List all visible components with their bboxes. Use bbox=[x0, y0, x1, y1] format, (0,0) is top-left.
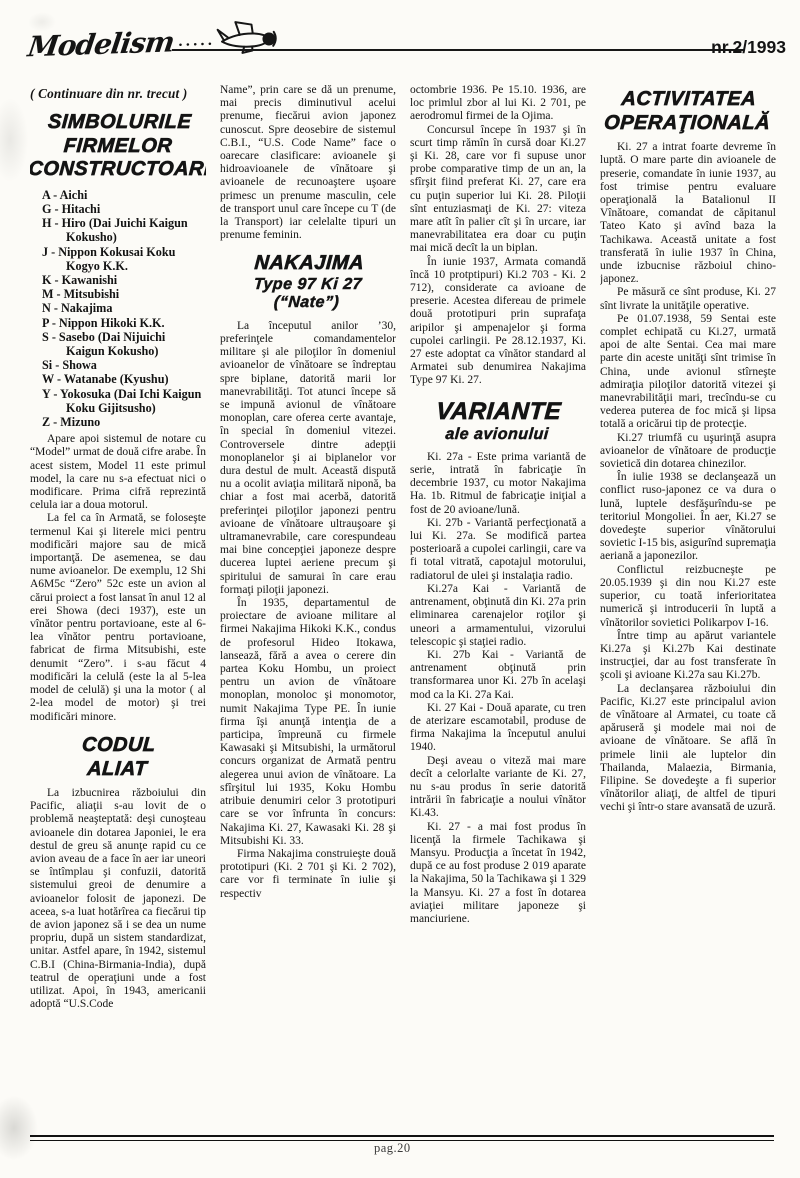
paragraph: Ki. 27a - Este prima variantă de serie, … bbox=[410, 451, 586, 517]
continuation-note: ( Continuare din nr. trecut ) bbox=[30, 86, 206, 101]
paragraph: Ki. 27b Kai - Variantă de antrenament ob… bbox=[410, 649, 586, 702]
section-heading: SIMBOLURILEFIRMELORCONSTRUCTOARE bbox=[30, 111, 206, 182]
list-item: A - Aichi bbox=[42, 188, 206, 202]
heading-line: ACTIVITATEA bbox=[600, 88, 776, 112]
paragraph: Pe 01.07.1938, 59 Sentai este complet ec… bbox=[600, 313, 776, 432]
list-item: G - Hitachi bbox=[42, 202, 206, 216]
paragraph: Ki.27a Kai - Variantă de antrenament, ob… bbox=[410, 583, 586, 649]
article-columns: ( Continuare din nr. trecut )SIMBOLURILE… bbox=[30, 84, 776, 1134]
list-item: J - Nippon Kokusai Koku Kogyo K.K. bbox=[42, 245, 206, 273]
paragraph: Firma Nakajima construieşte două prototi… bbox=[220, 848, 396, 901]
paragraph: La izbucnirea războiului din Pacific, al… bbox=[30, 787, 206, 1011]
heading-line: OPERAŢIONALĂ bbox=[600, 112, 776, 136]
magazine-logo: Modelism ····· bbox=[27, 20, 279, 65]
list-item: M - Mitsubishi bbox=[42, 287, 206, 301]
paragraph: Pe măsură ce sînt produse, Ki. 27 sînt l… bbox=[600, 286, 776, 312]
paragraph: Ki. 27 a intrat foarte devreme în luptă.… bbox=[600, 141, 776, 286]
plane-doodle-icon bbox=[216, 14, 279, 58]
heading-line: CODUL bbox=[30, 734, 206, 758]
paragraph: Ki.27 triumfă cu uşurinţă asupra avioane… bbox=[600, 432, 776, 472]
paragraph: La fel ca în Armată, se foloseşte termen… bbox=[30, 512, 206, 723]
column-1: ( Continuare din nr. trecut )SIMBOLURILE… bbox=[30, 84, 206, 1134]
paragraph: În iunie 1937, Armata comandă încă 10 pr… bbox=[410, 256, 586, 388]
list-item: Si - Showa bbox=[42, 358, 206, 372]
paragraph: Ki. 27 - a mai fost produs în licenţă la… bbox=[410, 821, 586, 927]
header-rule bbox=[172, 49, 744, 51]
paragraph: Ki. 27 Kai - Două aparate, cu tren de at… bbox=[410, 702, 586, 755]
heading-line: CONSTRUCTOARE bbox=[30, 158, 205, 182]
list-item: Z - Mizuno bbox=[42, 415, 206, 429]
page-number: pag.20 bbox=[374, 1141, 411, 1156]
list-item: N - Nakajima bbox=[42, 301, 206, 315]
paragraph: Deşi aveau o viteză mai mare decît a cel… bbox=[410, 755, 586, 821]
column-3: octombrie 1936. Pe 15.10. 1936, are loc … bbox=[410, 84, 586, 1134]
manufacturer-code-list: A - AichiG - HitachiH - Hiro (Dai Juichi… bbox=[42, 188, 206, 429]
section-heading: CODULALIAT bbox=[30, 734, 206, 781]
magazine-page: Modelism ····· nr.2/1993 ( Continuare di… bbox=[0, 0, 800, 1178]
list-item: K - Kawanishi bbox=[42, 273, 206, 287]
heading-line: SIMBOLURILE bbox=[31, 111, 206, 135]
heading-line: VARIANTE bbox=[410, 398, 586, 426]
list-item: S - Sasebo (Dai Nijuichi Kaigun Kokusho) bbox=[42, 330, 206, 358]
logo-text: Modelism bbox=[26, 25, 176, 63]
dotted-trail: ····· bbox=[178, 36, 215, 55]
list-item: Y - Yokosuka (Dai Ichi Kaigun Koku Gijit… bbox=[42, 387, 206, 415]
paragraph: Apare apoi sistemul de notare cu “Model”… bbox=[30, 433, 206, 512]
paragraph: Concursul începe în 1937 şi în scurt tim… bbox=[410, 124, 586, 256]
paragraph: octombrie 1936. Pe 15.10. 1936, are loc … bbox=[410, 84, 586, 124]
issue-number: nr.2/1993 bbox=[711, 37, 786, 58]
heading-line: ALIAT bbox=[30, 757, 206, 781]
paragraph: Conflictul reizbucneşte pe 20.05.1939 şi… bbox=[600, 564, 776, 630]
paragraph: În iulie 1938 se declanşează un conflict… bbox=[600, 471, 776, 563]
section-heading: ACTIVITATEAOPERAŢIONALĂ bbox=[600, 88, 776, 135]
heading-line: NAKAJIMA bbox=[220, 252, 396, 276]
page-header: Modelism ····· nr.2/1993 bbox=[28, 18, 788, 76]
heading-line: ale avionului bbox=[410, 426, 586, 445]
list-item: P - Nippon Hikoki K.K. bbox=[42, 316, 206, 330]
paragraph: Între timp au apărut variantele Ki.27a ş… bbox=[600, 630, 776, 683]
column-4: ACTIVITATEAOPERAŢIONALĂKi. 27 a intrat f… bbox=[600, 84, 776, 1134]
heading-line: Type 97 Ki 27 bbox=[220, 276, 396, 295]
paragraph: În 1935, departamentul de proiectare de … bbox=[220, 597, 396, 848]
column-2: Name”, prin care se dă un prenume, mai p… bbox=[220, 84, 396, 1134]
paragraph: La declanşarea războiului din Pacific, K… bbox=[600, 683, 776, 815]
heading-line: FIRMELOR bbox=[30, 135, 206, 159]
section-heading: NAKAJIMAType 97 Ki 27(“Nate”) bbox=[220, 252, 396, 313]
list-item: H - Hiro (Dai Juichi Kaigun Kokusho) bbox=[42, 216, 206, 244]
list-item: W - Watanabe (Kyushu) bbox=[42, 372, 206, 386]
paragraph: La începutul anilor ’30, preferinţele co… bbox=[220, 320, 396, 597]
section-heading: VARIANTEale avionului bbox=[410, 398, 586, 445]
heading-line: (“Nate”) bbox=[220, 295, 395, 314]
paragraph: Ki. 27b - Variantă perfecţionată a lui K… bbox=[410, 517, 586, 583]
paragraph: Name”, prin care se dă un prenume, mai p… bbox=[220, 84, 396, 242]
